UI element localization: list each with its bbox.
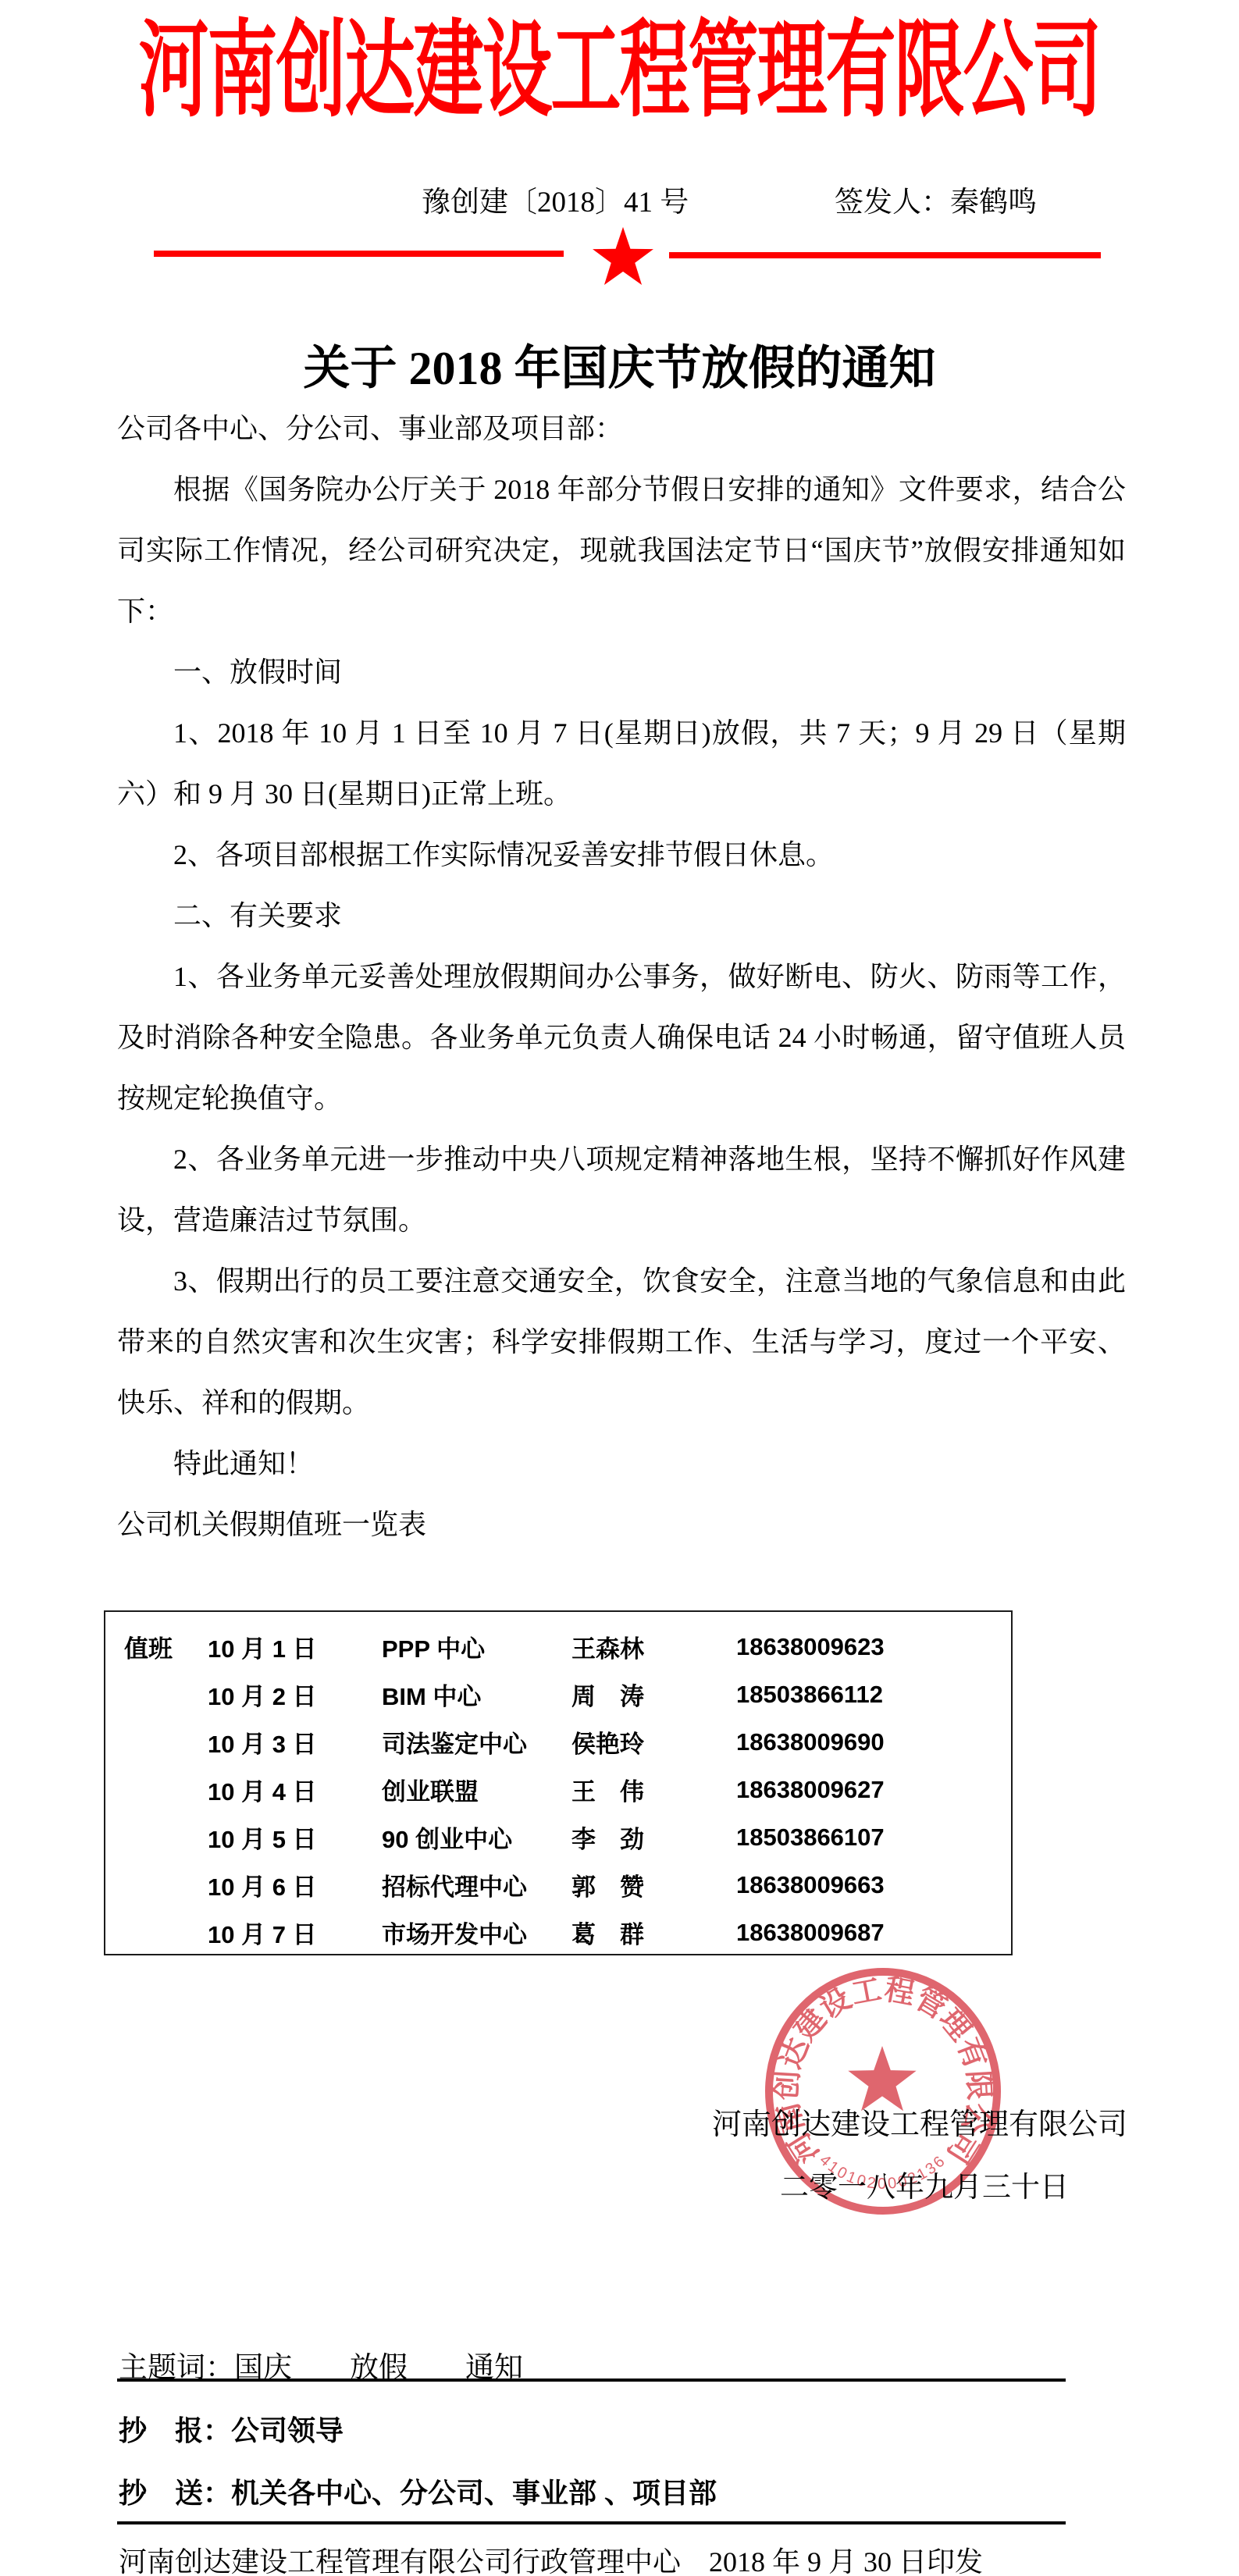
duty-date: 10 月 1 日 [208, 1629, 382, 1664]
signature-date: 二零一八年九月三十日 [780, 2163, 1069, 2205]
duty-phone: 18638009623 [736, 1633, 1011, 1661]
duty-person: 李 劲 [571, 1820, 736, 1855]
footer-divider-bottom [117, 2521, 1066, 2524]
duty-person: 周 涛 [571, 1677, 736, 1712]
duty-date: 10 月 4 日 [208, 1772, 382, 1807]
company-masthead: 河南创达建设工程管理有限公司 [0, 23, 1239, 94]
duty-dept: 司法鉴定中心 [382, 1724, 571, 1759]
imprint-line: 河南创达建设工程管理有限公司行政管理中心 2018 年 9 月 30 日印发 [119, 2540, 983, 2576]
duty-dept: 市场开发中心 [382, 1915, 571, 1950]
body-paragraph: 根据《国务院办公厅关于 2018 年部分节假日安排的通知》文件要求，结合公司实际… [117, 459, 1126, 642]
duty-phone: 18503866112 [736, 1681, 1011, 1709]
duty-dept: BIM 中心 [382, 1677, 571, 1712]
duty-dept: 招标代理中心 [382, 1867, 571, 1902]
duty-person: 王 伟 [571, 1772, 736, 1807]
body-paragraph: 3、假期出行的员工要注意交通安全，饮食安全，注意当地的气象信息和由此带来的自然灾… [117, 1251, 1126, 1433]
duty-date: 10 月 3 日 [208, 1724, 382, 1759]
duty-roster-table: 值班 10 月 1 日 PPP 中心 王森林 18638009623 10 月 … [104, 1610, 1013, 1955]
red-rule-right [669, 252, 1101, 258]
body-closing: 特此通知！ [117, 1433, 1126, 1494]
duty-person: 王森林 [571, 1629, 736, 1664]
body-section-heading: 一、放假时间 [117, 642, 1126, 703]
duty-phone: 18503866107 [736, 1823, 1011, 1852]
document-page: 河南创达建设工程管理有限公司 豫创建〔2018〕41 号 签发人：秦鹤鸣 关于 … [0, 0, 1239, 2576]
body-paragraph: 2、各项目部根据工作实际情况妥善安排节假日休息。 [117, 824, 1126, 885]
duty-date: 10 月 7 日 [208, 1915, 382, 1950]
body-paragraph: 2、各业务单元进一步推动中央八项规定精神落地生根，坚持不懈抓好作风建设，营造廉洁… [117, 1129, 1126, 1251]
signature-company: 河南创达建设工程管理有限公司 [712, 2100, 1127, 2143]
cc-send-line: 抄 送：机关各中心、分公司、事业部 、项目部 [119, 2471, 717, 2511]
duty-phone: 18638009627 [736, 1776, 1011, 1804]
duty-dept: PPP 中心 [382, 1629, 571, 1664]
duty-date: 10 月 2 日 [208, 1677, 382, 1712]
red-rule-left [154, 251, 564, 257]
duty-person: 郭 赞 [571, 1867, 736, 1902]
duty-phone: 18638009687 [736, 1919, 1011, 1947]
issuer-label: 签发人：秦鹤鸣 [835, 178, 1037, 220]
body-paragraph: 1、各业务单元妥善处理放假期间办公事务，做好断电、防火、防雨等工作，及时消除各种… [117, 946, 1126, 1129]
notice-body: 公司各中心、分公司、事业部及项目部： 根据《国务院办公厅关于 2018 年部分节… [117, 398, 1126, 1555]
page-title: 关于 2018 年国庆节放假的通知 [0, 331, 1239, 398]
duty-phone: 18638009663 [736, 1871, 1011, 1899]
red-star-icon [591, 223, 655, 292]
duty-date: 10 月 6 日 [208, 1867, 382, 1902]
duty-dept: 90 创业中心 [382, 1820, 571, 1855]
body-section-heading: 二、有关要求 [117, 885, 1126, 946]
duty-dept: 创业联盟 [382, 1772, 571, 1807]
duty-person: 侯艳玲 [571, 1724, 736, 1759]
duty-phone: 18638009690 [736, 1728, 1011, 1756]
duty-table-caption: 公司机关假期值班一览表 [117, 1494, 1126, 1555]
footer-divider-top [117, 2379, 1066, 2382]
body-paragraph: 1、2018 年 10 月 1 日至 10 月 7 日(星期日)放假，共 7 天… [117, 703, 1126, 824]
cc-report-line: 抄 报：公司领导 [119, 2409, 344, 2449]
duty-row-label: 值班 [105, 1629, 208, 1664]
duty-person: 葛 群 [571, 1915, 736, 1950]
body-greeting: 公司各中心、分公司、事业部及项目部： [117, 398, 1126, 459]
doc-number: 豫创建〔2018〕41 号 [422, 178, 689, 220]
duty-date: 10 月 5 日 [208, 1820, 382, 1855]
company-masthead-text: 河南创达建设工程管理有限公司 [139, 20, 1101, 126]
